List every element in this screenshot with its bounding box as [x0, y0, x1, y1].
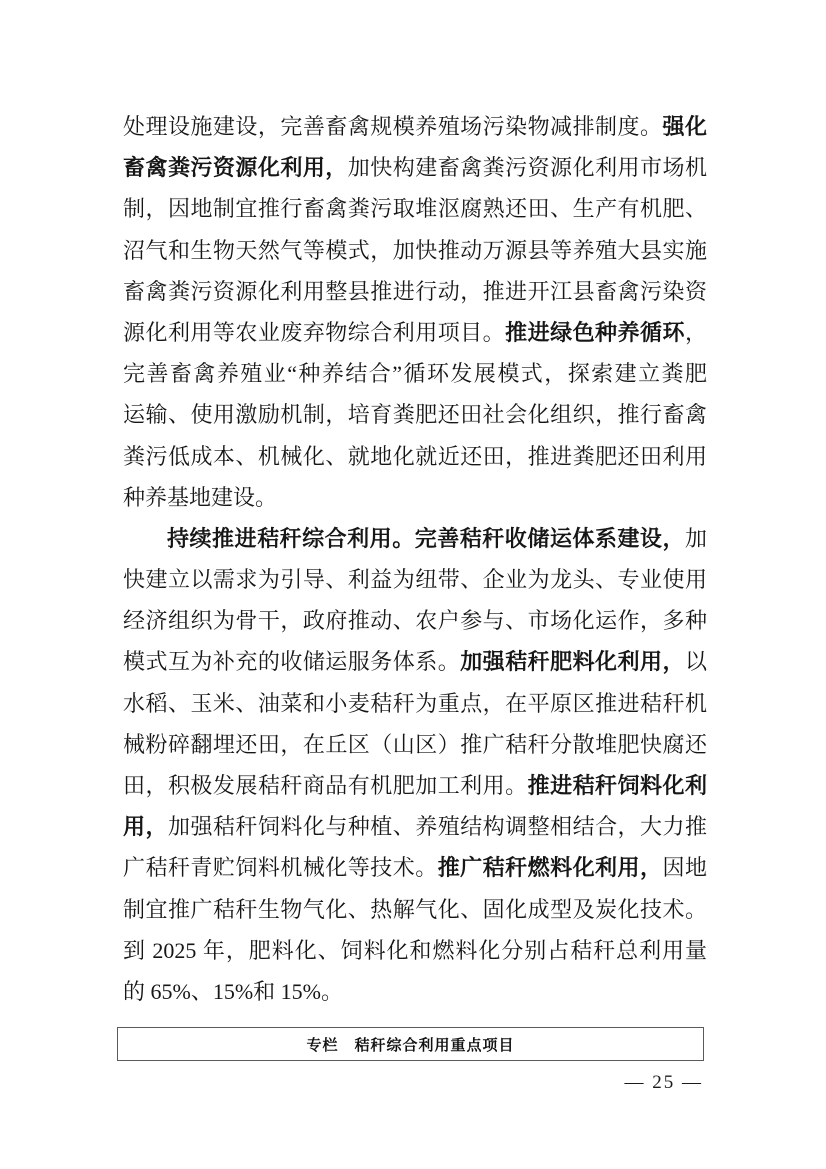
text-run: 广秸秆青贮饲料机械化等技术。 — [123, 855, 438, 880]
text-line: 模式互为补充的收储运服务体系。加强秸秆肥料化利用，以 — [123, 641, 707, 682]
text-run: 制，因地制宜推行畜禽粪污取堆沤腐熟还田、生产有机肥、 — [123, 196, 707, 221]
text-run: 粪污低成本、机械化、就地化就近还田，推进粪肥还田利用 — [123, 444, 707, 469]
text-run: 加 — [685, 526, 707, 551]
text-line: 运输、使用激励机制，培育粪肥还田社会化组织，推行畜禽 — [123, 394, 707, 435]
text-run: 模式互为补充的收储运服务体系。 — [123, 649, 460, 674]
text-line: 用，加强秸秆饲料化与种植、养殖结构调整相结合，大力推 — [123, 806, 707, 847]
text-run: ， — [685, 320, 707, 345]
text-run-bold: 推进绿色种养循环 — [505, 320, 685, 345]
text-run: 水稻、玉米、油菜和小麦秸秆为重点，在平原区推进秸秆机 — [123, 691, 707, 716]
column-box-title: 专栏 秸秆综合利用重点项目 — [306, 1034, 514, 1055]
text-run: 的 65%、15%和 15%。 — [123, 979, 343, 1004]
document-page: 处理设施建设，完善畜禽规模养殖场污染物减排制度。强化畜禽粪污资源化利用，加快构建… — [0, 0, 826, 1169]
text-line: 处理设施建设，完善畜禽规模养殖场污染物减排制度。强化 — [123, 106, 707, 147]
text-line: 沼气和生物天然气等模式，加快推动万源县等养殖大县实施 — [123, 230, 707, 271]
text-run: 畜禽粪污资源化利用整县推进行动，推进开江县畜禽污染资 — [123, 279, 707, 304]
text-run: 完善畜禽养殖业“种养结合”循环发展模式，探索建立粪肥 — [123, 361, 707, 386]
text-line: 到 2025 年，肥料化、饲料化和燃料化分别占秸秆总利用量 — [123, 930, 707, 971]
text-run: 制宜推广秸秆生物气化、热解气化、固化成型及炭化技术。 — [123, 897, 707, 922]
text-run: 处理设施建设，完善畜禽规模养殖场污染物减排制度。 — [123, 114, 663, 139]
text-run: 械粉碎翻埋还田，在丘区（山区）推广秸秆分散堆肥快腐还 — [123, 732, 707, 757]
text-run-bold: 持续推进秸秆综合利用。完善秸秆收储运体系建设， — [167, 526, 685, 551]
text-run: 沼气和生物天然气等模式，加快推动万源县等养殖大县实施 — [123, 238, 707, 263]
text-run-bold: 用， — [123, 814, 168, 839]
text-run: 快建立以需求为引导、利益为纽带、企业为龙头、专业使用 — [123, 567, 707, 592]
text-line: 种养基地建设。 — [123, 477, 707, 518]
text-line: 完善畜禽养殖业“种养结合”循环发展模式，探索建立粪肥 — [123, 353, 707, 394]
text-run-bold: 加强秸秆肥料化利用， — [460, 649, 685, 674]
document-body: 处理设施建设，完善畜禽规模养殖场污染物减排制度。强化畜禽粪污资源化利用，加快构建… — [123, 106, 707, 1012]
text-run: 到 2025 年，肥料化、饲料化和燃料化分别占秸秆总利用量 — [123, 938, 707, 963]
text-line: 粪污低成本、机械化、就地化就近还田，推进粪肥还田利用 — [123, 436, 707, 477]
text-line: 的 65%、15%和 15%。 — [123, 971, 707, 1012]
text-line: 经济组织为骨干，政府推动、农户参与、市场化运作，多种 — [123, 600, 707, 641]
text-run-bold: 推进秸秆饲料化利 — [528, 773, 707, 798]
text-run: 以 — [685, 649, 707, 674]
column-header-box: 专栏 秸秆综合利用重点项目 — [117, 1027, 704, 1061]
text-run: 加强秸秆饲料化与种植、养殖结构调整相结合，大力推 — [168, 814, 707, 839]
text-line: 制，因地制宜推行畜禽粪污取堆沤腐熟还田、生产有机肥、 — [123, 188, 707, 229]
text-line: 广秸秆青贮饲料机械化等技术。推广秸秆燃料化利用，因地 — [123, 847, 707, 888]
text-run: 运输、使用激励机制，培育粪肥还田社会化组织，推行畜禽 — [123, 402, 707, 427]
text-run: 加快构建畜禽粪污资源化利用市场机 — [348, 155, 707, 180]
text-run: 田，积极发展秸秆商品有机肥加工利用。 — [123, 773, 528, 798]
text-run: 源化利用等农业废弃物综合利用项目。 — [123, 320, 505, 345]
text-line: 畜禽粪污资源化利用整县推进行动，推进开江县畜禽污染资 — [123, 271, 707, 312]
text-run-bold: 畜禽粪污资源化利用， — [123, 155, 348, 180]
text-run-bold: 推广秸秆燃料化利用， — [438, 855, 663, 880]
text-run: 因地 — [663, 855, 707, 880]
text-line: 制宜推广秸秆生物气化、热解气化、固化成型及炭化技术。 — [123, 889, 707, 930]
text-run: 经济组织为骨干，政府推动、农户参与、市场化运作，多种 — [123, 608, 707, 633]
text-run: 种养基地建设。 — [123, 485, 277, 510]
text-line: 持续推进秸秆综合利用。完善秸秆收储运体系建设，加 — [123, 518, 707, 559]
text-line: 快建立以需求为引导、利益为纽带、企业为龙头、专业使用 — [123, 559, 707, 600]
text-run-bold: 强化 — [663, 114, 707, 139]
page-number: — 25 — — [625, 1072, 704, 1094]
text-line: 源化利用等农业废弃物综合利用项目。推进绿色种养循环， — [123, 312, 707, 353]
text-line: 田，积极发展秸秆商品有机肥加工利用。推进秸秆饲料化利 — [123, 765, 707, 806]
text-line: 械粉碎翻埋还田，在丘区（山区）推广秸秆分散堆肥快腐还 — [123, 724, 707, 765]
text-line: 畜禽粪污资源化利用，加快构建畜禽粪污资源化利用市场机 — [123, 147, 707, 188]
text-line: 水稻、玉米、油菜和小麦秸秆为重点，在平原区推进秸秆机 — [123, 683, 707, 724]
